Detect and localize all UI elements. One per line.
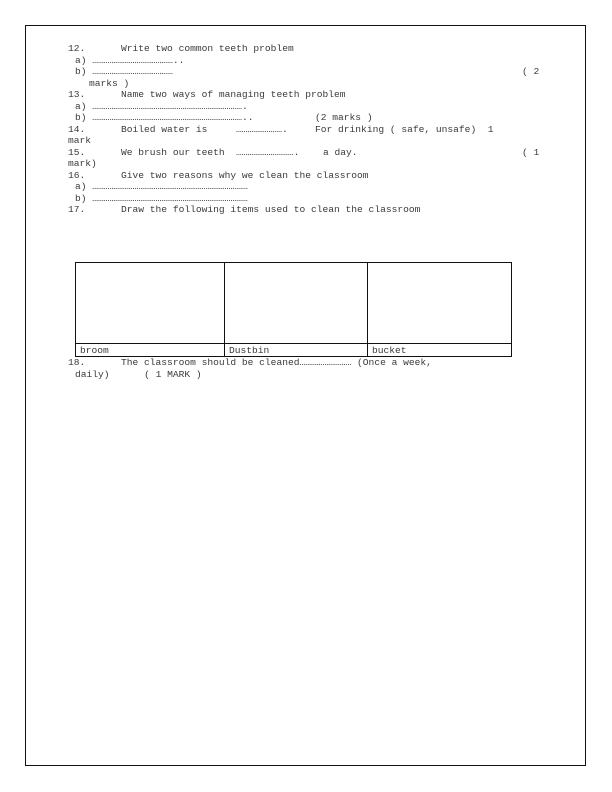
q17-number: 17. (68, 204, 85, 215)
q16-number: 16. (68, 170, 85, 181)
table-label-broom: broom (80, 345, 109, 356)
page-border (25, 25, 586, 766)
q16-answer-b: b) ……………………………………………………………………… (75, 193, 248, 204)
q16-answer-a: a) ……………………………………………………………………… (75, 181, 248, 192)
q13-number: 13. (68, 89, 85, 100)
q18-text: The classroom should be cleaned………………………… (121, 357, 432, 368)
table-label-dustbin: Dustbin (229, 345, 269, 356)
q13-answer-a: a) ……………………………………………………………………. (75, 101, 248, 112)
q12-answer-b: b) …………………………………… (75, 66, 173, 77)
q13-text: Name two ways of managing teeth problem (121, 89, 346, 100)
q17-text: Draw the following items used to clean t… (121, 204, 420, 215)
table-label-divider (76, 343, 511, 344)
q18-text-cont: daily) ( 1 MARK ) (75, 369, 202, 380)
q15-marks-cont: mark) (68, 158, 97, 169)
q14-marks-cont: mark (68, 135, 91, 146)
q14-text-after: For drinking ( safe, unsafe) 1 (315, 124, 493, 135)
q13-answer-b: b) …………………………………………………………………….. (75, 112, 253, 123)
q12-text: Write two common teeth problem (121, 43, 294, 54)
q15-text-after: a day. (323, 147, 358, 158)
q14-blank: ……………………. (236, 124, 288, 135)
q15-number: 15. (68, 147, 85, 158)
q14-text-before: Boiled water is (121, 124, 207, 135)
q12-answer-a: a) …………………………………….. (75, 55, 184, 66)
q15-text-before: We brush our teeth (121, 147, 225, 158)
q15-marks: ( 1 (522, 147, 539, 158)
q18-number: 18. (68, 357, 85, 368)
q12-number: 12. (68, 43, 85, 54)
q13-marks: (2 marks ) (315, 112, 373, 123)
table-label-bucket: bucket (372, 345, 407, 356)
q12-marks: ( 2 (522, 66, 539, 77)
q15-blank: …………………………. (236, 147, 299, 158)
q12-marks-cont: marks ) (89, 78, 129, 89)
q14-number: 14. (68, 124, 85, 135)
drawing-table: broom Dustbin bucket (75, 262, 512, 357)
q16-text: Give two reasons why we clean the classr… (121, 170, 369, 181)
